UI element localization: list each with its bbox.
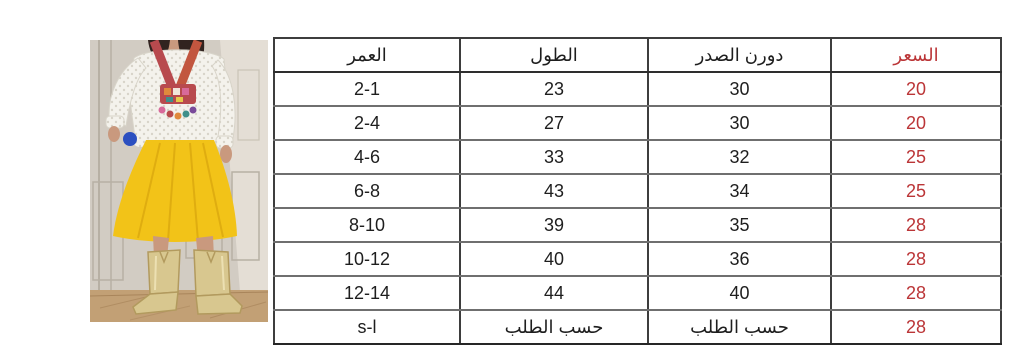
cell-length: 40 bbox=[460, 242, 648, 276]
cell-age: 8-10 bbox=[274, 208, 460, 242]
product-photo bbox=[90, 40, 268, 322]
blue-pompom bbox=[123, 132, 137, 146]
cell-length: 43 bbox=[460, 174, 648, 208]
cell-age: 2-4 bbox=[274, 106, 460, 140]
product-photo-illustration bbox=[90, 40, 268, 322]
cell-chest: 32 bbox=[648, 140, 831, 174]
cell-chest: حسب الطلب bbox=[648, 310, 831, 344]
left-hand bbox=[108, 126, 120, 142]
cell-age: s-l bbox=[274, 310, 460, 344]
cell-age: 10-12 bbox=[274, 242, 460, 276]
cell-price: 25 bbox=[831, 140, 1001, 174]
cell-price: 28 bbox=[831, 242, 1001, 276]
cell-price: 20 bbox=[831, 72, 1001, 106]
table-row: s-lحسب الطلبحسب الطلب28 bbox=[274, 310, 1001, 344]
cell-length: 23 bbox=[460, 72, 648, 106]
cell-price: 28 bbox=[831, 276, 1001, 310]
column-header-price: السعر bbox=[831, 38, 1001, 72]
table-header-row: العمرالطولدورن الصدرالسعر bbox=[274, 38, 1001, 72]
right-hand bbox=[220, 145, 232, 163]
table-row: 6-8433425 bbox=[274, 174, 1001, 208]
table-row: 2-1233020 bbox=[274, 72, 1001, 106]
cell-length: 33 bbox=[460, 140, 648, 174]
table-row: 10-12403628 bbox=[274, 242, 1001, 276]
table-row: 2-4273020 bbox=[274, 106, 1001, 140]
table-row: 12-14444028 bbox=[274, 276, 1001, 310]
cell-chest: 35 bbox=[648, 208, 831, 242]
cell-price: 20 bbox=[831, 106, 1001, 140]
cell-length: 27 bbox=[460, 106, 648, 140]
cell-age: 4-6 bbox=[274, 140, 460, 174]
table-row: 8-10393528 bbox=[274, 208, 1001, 242]
cell-chest: 34 bbox=[648, 174, 831, 208]
cell-chest: 30 bbox=[648, 106, 831, 140]
cell-price: 25 bbox=[831, 174, 1001, 208]
product-listing-page: العمرالطولدورن الصدرالسعر 2-12330202-427… bbox=[0, 0, 1019, 361]
size-table: العمرالطولدورن الصدرالسعر 2-12330202-427… bbox=[273, 37, 1002, 345]
cell-age: 12-14 bbox=[274, 276, 460, 310]
cell-chest: 30 bbox=[648, 72, 831, 106]
table-row: 4-6333225 bbox=[274, 140, 1001, 174]
column-header-chest: دورن الصدر bbox=[648, 38, 831, 72]
cell-length: حسب الطلب bbox=[460, 310, 648, 344]
cell-age: 2-1 bbox=[274, 72, 460, 106]
column-header-length: الطول bbox=[460, 38, 648, 72]
column-header-age: العمر bbox=[274, 38, 460, 72]
cell-length: 39 bbox=[460, 208, 648, 242]
cell-length: 44 bbox=[460, 276, 648, 310]
cell-age: 6-8 bbox=[274, 174, 460, 208]
cell-price: 28 bbox=[831, 208, 1001, 242]
table-body: 2-12330202-42730204-63332256-84334258-10… bbox=[274, 72, 1001, 344]
cell-chest: 36 bbox=[648, 242, 831, 276]
cell-chest: 40 bbox=[648, 276, 831, 310]
cell-price: 28 bbox=[831, 310, 1001, 344]
